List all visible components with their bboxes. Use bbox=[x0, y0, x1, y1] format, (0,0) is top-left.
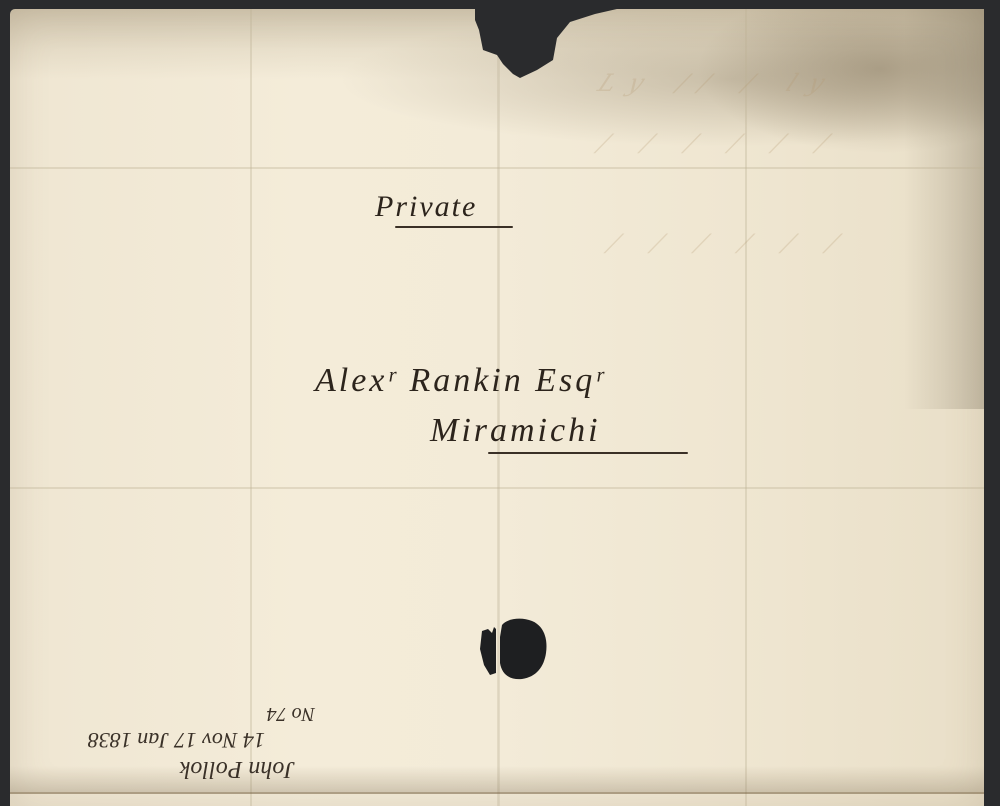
addressee-name: Alexʳ Rankin Esqʳ bbox=[315, 362, 606, 400]
private-marking: Private bbox=[375, 190, 477, 224]
bleed-through-text: / / / / / / bbox=[593, 129, 847, 157]
edge-shadow bbox=[904, 9, 984, 409]
docket-line: 14 Nov 17 Jan 1838 bbox=[95, 727, 265, 753]
lower-fold-line bbox=[10, 487, 984, 489]
wax-seal bbox=[478, 617, 550, 681]
place-underline bbox=[488, 452, 688, 454]
docket-line: John Pollok bbox=[95, 755, 295, 782]
upper-fold-line bbox=[10, 167, 984, 169]
private-underline bbox=[395, 226, 513, 228]
docket-line: No 74 bbox=[95, 702, 315, 725]
center-fold-line bbox=[497, 9, 500, 806]
docket-note: John Pollok 14 Nov 17 Jan 1838 No 74 bbox=[95, 672, 325, 782]
addressee-place: Miramichi bbox=[430, 412, 601, 450]
bleed-through-text: / / / / / / bbox=[603, 229, 857, 257]
bottom-edge-line bbox=[10, 792, 984, 794]
torn-edge-damage bbox=[475, 0, 645, 85]
